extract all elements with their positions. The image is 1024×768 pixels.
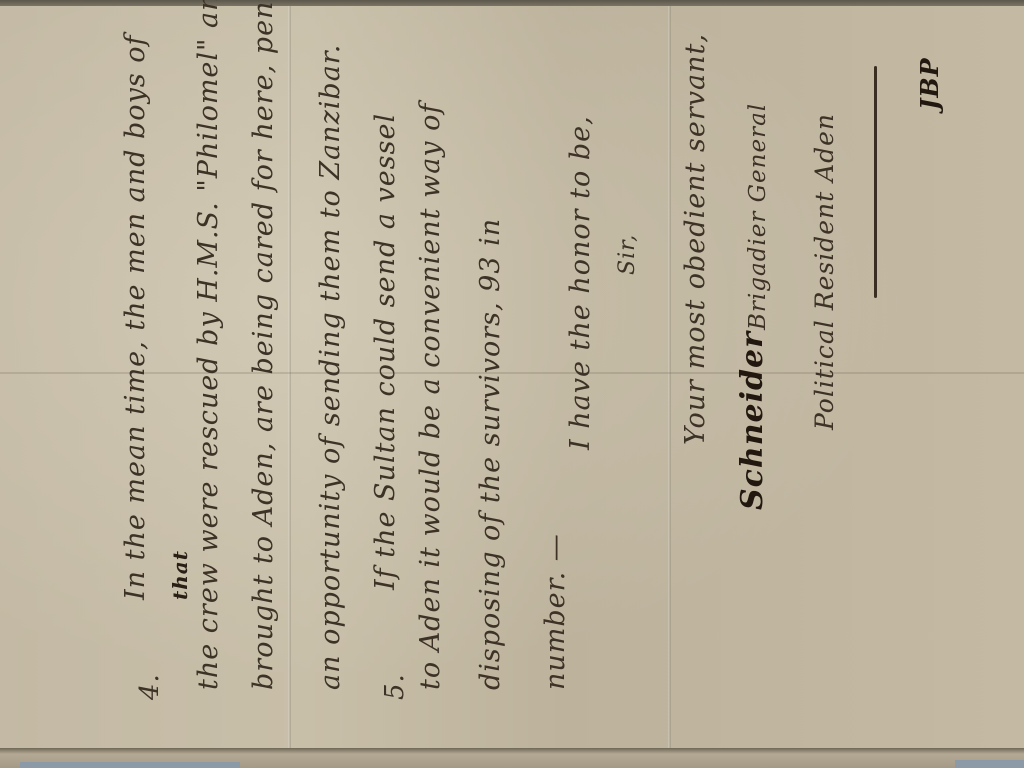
text-line: to Aden it would be a convenient way of xyxy=(415,103,446,690)
closing-line: Your most obedient servant, xyxy=(680,33,711,445)
text-line: number. — xyxy=(540,533,571,690)
signature-title: Political Resident Aden xyxy=(810,113,839,430)
closing-line: I have the honor to be, xyxy=(565,115,596,450)
fold-crease xyxy=(0,372,1024,374)
signature-title: Brigadier General xyxy=(745,103,771,330)
text-line: In the mean time, the men and boys of xyxy=(120,34,151,600)
closing-line: Sir, xyxy=(615,234,640,275)
underlying-page xyxy=(20,762,240,768)
signature-rule xyxy=(874,66,877,298)
text-line: brought to Aden, are being cared for her… xyxy=(248,0,279,690)
paper-sheet xyxy=(0,6,1024,752)
fold-crease xyxy=(668,6,671,752)
text-line: an opportunity of sending them to Zanzib… xyxy=(315,44,346,690)
underlying-page xyxy=(955,760,1024,768)
paragraph-number: 4. xyxy=(135,673,165,700)
text-line: the crew were rescued by H.M.S. "Philome… xyxy=(193,0,224,690)
insertion-word: that xyxy=(168,550,192,600)
signature: Schneider xyxy=(735,331,770,510)
initials: JBP xyxy=(915,57,944,110)
text-line: disposing of the survivors, 93 in xyxy=(475,218,506,690)
text-line: If the Sultan could send a vessel xyxy=(370,113,401,590)
fold-crease xyxy=(288,6,291,752)
paragraph-number: 5. xyxy=(380,673,410,700)
